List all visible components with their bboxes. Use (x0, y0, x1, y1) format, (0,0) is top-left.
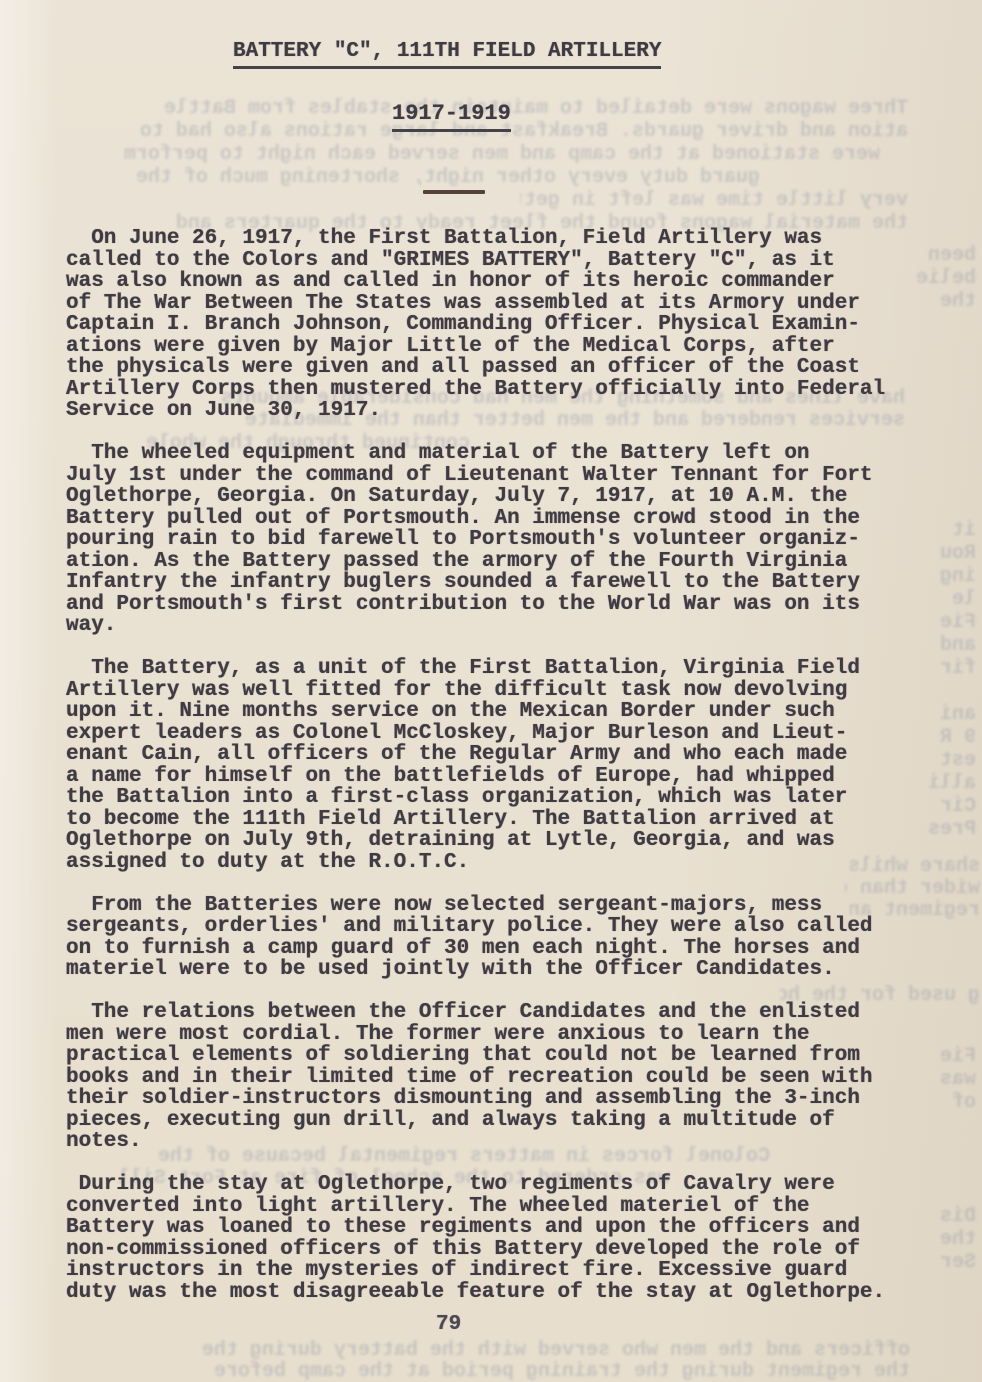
text-line: a name for himself on the battlefields o… (66, 766, 885, 788)
bleed-through-line: officers and the men who served with the… (60, 1340, 910, 1363)
text-line: During the stay at Oglethorpe, two regim… (66, 1174, 885, 1196)
bleed-through-line: belie (906, 268, 976, 291)
bleed-through-line: le (906, 589, 976, 612)
bleed-through-line: Fie (906, 612, 976, 635)
document-page: Three wagons were detailed to maintain t… (0, 0, 982, 1382)
bleed-through-line: was (906, 1069, 976, 1092)
text-line: of The War Between The States was assemb… (66, 293, 885, 315)
text-line: pieces, executing gun drill, and always … (66, 1110, 885, 1132)
text-line: to become the 111th Field Artillery. The… (66, 809, 885, 831)
paragraph: During the stay at Oglethorpe, two regim… (66, 1174, 885, 1303)
bleed-through-line: ani (906, 704, 976, 727)
text-line: instructors in the mysteries of indirect… (66, 1260, 885, 1282)
text-line: pouring rain to bid farewell to Portsmou… (66, 529, 885, 551)
text-line: The wheeled equipment and material of th… (66, 443, 885, 465)
bleed-through-line: Cir (906, 796, 976, 819)
text-line: non-commissioned officers of this Batter… (66, 1239, 885, 1261)
bleed-through-line: the regiment during the training period … (60, 1361, 910, 1382)
text-line: Artillery was well fitted for the diffic… (66, 680, 885, 702)
bleed-through-line: were stationed at the camp and men serve… (70, 144, 880, 167)
text-line: materiel were to be used jointly with th… (66, 959, 885, 981)
text-line: ations were given by Major Little of the… (66, 336, 885, 358)
bleed-through-line: Fie (906, 1046, 976, 1069)
date-range: 1917-1919 (392, 101, 511, 132)
body-text: On June 26, 1917, the First Battalion, F… (66, 228, 885, 1325)
paragraph: From the Batteries were now selected ser… (66, 895, 885, 981)
text-line: Oglethorpe, Georgia. On Saturday, July 7… (66, 486, 885, 508)
bleed-through-line: the (906, 291, 976, 314)
text-line: The Battery, as a unit of the First Batt… (66, 658, 885, 680)
paragraph: The wheeled equipment and material of th… (66, 443, 885, 637)
text-line: assigned to duty at the R.O.T.C. (66, 852, 885, 874)
text-line: men were most cordial. The former were a… (66, 1024, 885, 1046)
bleed-through-line: guard duty every other night, shortening… (70, 167, 760, 190)
text-line: converted into light artillery. The whee… (66, 1196, 885, 1218)
text-line: Oglethorpe on July 9th, detraining at Ly… (66, 830, 885, 852)
page-title: BATTERY "C", 111TH FIELD ARTILLERY (233, 40, 661, 69)
text-line: duty was the most disagreeable feature o… (66, 1282, 885, 1304)
bleed-through-line: ing (906, 566, 976, 589)
text-line: expert leaders as Colonel McCloskey, Maj… (66, 723, 885, 745)
bleed-through-line: it (906, 520, 976, 543)
text-line: the Battalion into a first-class organiz… (66, 787, 885, 809)
text-line: Battery pulled out of Portsmouth. An imm… (66, 508, 885, 530)
text-line: notes. (66, 1131, 885, 1153)
text-line: ation. As the Battery passed the armory … (66, 551, 885, 573)
text-line: books and in their limited time of recre… (66, 1067, 885, 1089)
section-divider (423, 190, 485, 194)
text-line: Captain I. Branch Johnson, Commanding Of… (66, 314, 885, 336)
text-line: From the Batteries were now selected ser… (66, 895, 885, 917)
text-line: Battery was loaned to these regiments an… (66, 1217, 885, 1239)
text-line: was also known as and called in honor of… (66, 271, 885, 293)
page-number: 79 (436, 1313, 461, 1336)
text-line: called to the Colors and "GRIMES BATTERY… (66, 250, 885, 272)
text-line: Infantry the infantry buglers sounded a … (66, 572, 885, 594)
bleed-through-line: est (906, 750, 976, 773)
page-title-text: BATTERY "C", 111TH FIELD ARTILLERY (233, 40, 661, 69)
text-line: upon it. Nine months service on the Mexi… (66, 701, 885, 723)
text-line: July 1st under the command of Lieutenant… (66, 465, 885, 487)
text-line: On June 26, 1917, the First Battalion, F… (66, 228, 885, 250)
bleed-through-line: Pres (906, 819, 976, 842)
bleed-through-line: the (906, 1229, 976, 1252)
bleed-through-line: 9 R (906, 727, 976, 750)
bleed-through-line: fir (906, 658, 976, 681)
bleed-through-line: Dis (906, 1206, 976, 1229)
text-line: enant Cain, all officers of the Regular … (66, 744, 885, 766)
text-line: on to furnish a camp guard of 30 men eac… (66, 938, 885, 960)
bleed-through-line: and (906, 635, 976, 658)
text-line: their soldier-instructors dismounting an… (66, 1088, 885, 1110)
bleed-through-line: of (906, 1092, 976, 1115)
text-line: sergeants, orderlies' and military polic… (66, 916, 885, 938)
paragraph: On June 26, 1917, the First Battalion, F… (66, 228, 885, 422)
text-line: the physicals were given and all passed … (66, 357, 885, 379)
text-line: Service on June 30, 1917. (66, 400, 885, 422)
bleed-through-line: very little time was left in getting (520, 190, 908, 213)
text-line: practical elements of soldiering that co… (66, 1045, 885, 1067)
bleed-through-line: Ser (906, 1252, 976, 1275)
text-line: Artillery Corps then mustered the Batter… (66, 379, 885, 401)
text-line: way. (66, 615, 885, 637)
bleed-through-line: Rou (906, 543, 976, 566)
paragraph: The Battery, as a unit of the First Batt… (66, 658, 885, 873)
text-line: and Portsmouth's first contribution to t… (66, 594, 885, 616)
bleed-through-line: been (906, 245, 976, 268)
bleed-through-line: alli (906, 773, 976, 796)
text-line: The relations between the Officer Candid… (66, 1002, 885, 1024)
date-range-text: 1917-1919 (392, 101, 511, 132)
paragraph: The relations between the Officer Candid… (66, 1002, 885, 1153)
